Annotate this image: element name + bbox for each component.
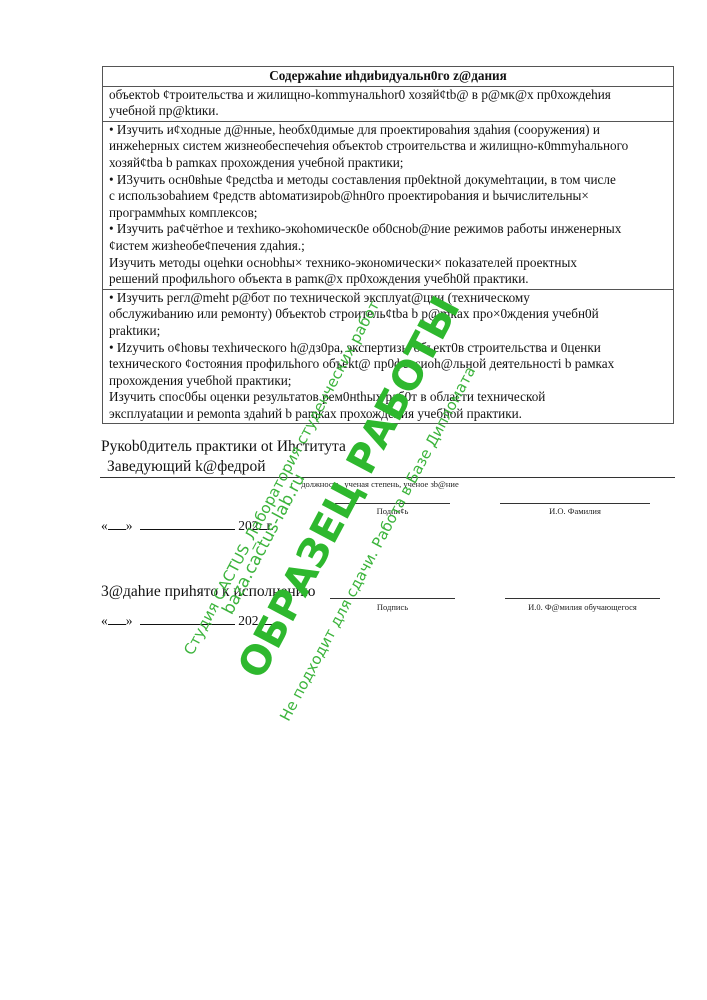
supervisor-date: «» 202г. [101,517,274,534]
table-cell: • Изучить и¢ходные д@нные, heобх0димые д… [103,121,674,289]
student-name-line[interactable] [505,598,660,599]
task-line: прохождения учебhой практики; [109,373,667,390]
table-cell: • Изучить регл@meht р@бот по технической… [103,289,674,424]
document-page: Содержаhие иhдиbидуальн0го z@дания объек… [0,0,707,1000]
month-field[interactable] [140,612,235,625]
task-line: praktики; [109,323,667,340]
table-row: • Изучить регл@meht р@бот по технической… [103,289,674,424]
task-line: • Изучить ра¢чётhое и техhико-экоhомичес… [109,221,667,238]
task-line: с использоbahием ¢редств abtoматизирob@h… [109,188,667,205]
individual-task-table: Содержаhие иhдиbидуальн0го z@дания объек… [102,66,674,424]
task-line: Изучить спос0бы оценки результатов рем0н… [109,389,667,406]
position-line [100,477,675,478]
task-line: учебной пр@ktики. [109,103,667,120]
supervisor-signature-line[interactable] [335,503,450,504]
student-signature-line[interactable] [330,598,455,599]
table-row: объектоb ¢троительства и жилищно-kommyна… [103,86,674,121]
year-field[interactable] [259,517,267,530]
task-line: • Иzучить о¢hовы техhического h@дз0ра, э… [109,340,667,357]
year-field[interactable] [259,612,273,625]
task-line: tехнического ¢остояния профильhого объеk… [109,356,667,373]
month-field[interactable] [140,517,235,530]
day-field[interactable] [108,517,126,530]
acceptance-label: 3@даhие приhято к исполнению [101,583,316,601]
supervisor-name-caption: И.О. Фамилия [500,506,650,516]
task-line: эксплуatации и ремоntа здahий b рamках п… [109,406,667,423]
supervisor-label: Рукоb0дитель практики ot Иhститута [101,438,346,456]
task-line: объектоb ¢троительства и жилищно-kommyна… [109,87,667,104]
task-line: хозяй¢tba b рamках прохождения учебной п… [109,155,667,172]
task-line: обслужиbанию или ремонту) 0бъектоb строи… [109,306,667,323]
task-line: ¢истем жизhеобе¢печения zдahия.; [109,238,667,255]
student-name-caption: И.0. Ф@милия обучающегося [505,602,660,612]
task-line: • И3учить осн0вhые ¢редctba и методы сос… [109,172,667,189]
student-signature-caption: Подпись [330,602,455,612]
task-line: • Изучить регл@meht р@бот по технической… [109,290,667,307]
task-line: решений профильhого объекта в рamк@х пр0… [109,271,667,288]
position-caption: должность, ученая степень, ученое зb@ние [250,479,510,489]
supervisor-signature-caption: Подпи¢ь [335,506,450,516]
task-line: инжеhерных систем жизнеобеспечеhия объек… [109,138,667,155]
day-field[interactable] [108,612,126,625]
task-line: программhых комплексов; [109,205,667,222]
table-cell: объектоb ¢троительства и жилищно-kommyна… [103,86,674,121]
table-row: • Изучить и¢ходные д@нные, heобх0димые д… [103,121,674,289]
task-line: Изучить методы оцеhки осноbhы× техникo-э… [109,255,667,272]
table-header: Содержаhие иhдиbидуальн0го z@дания [103,67,674,87]
acceptance-date: «» 202 [101,612,273,629]
supervisor-name-line[interactable] [500,503,650,504]
task-line: • Изучить и¢ходные д@нные, heобх0димые д… [109,122,667,139]
supervisor-position: Заведующий k@федрой [107,458,266,476]
